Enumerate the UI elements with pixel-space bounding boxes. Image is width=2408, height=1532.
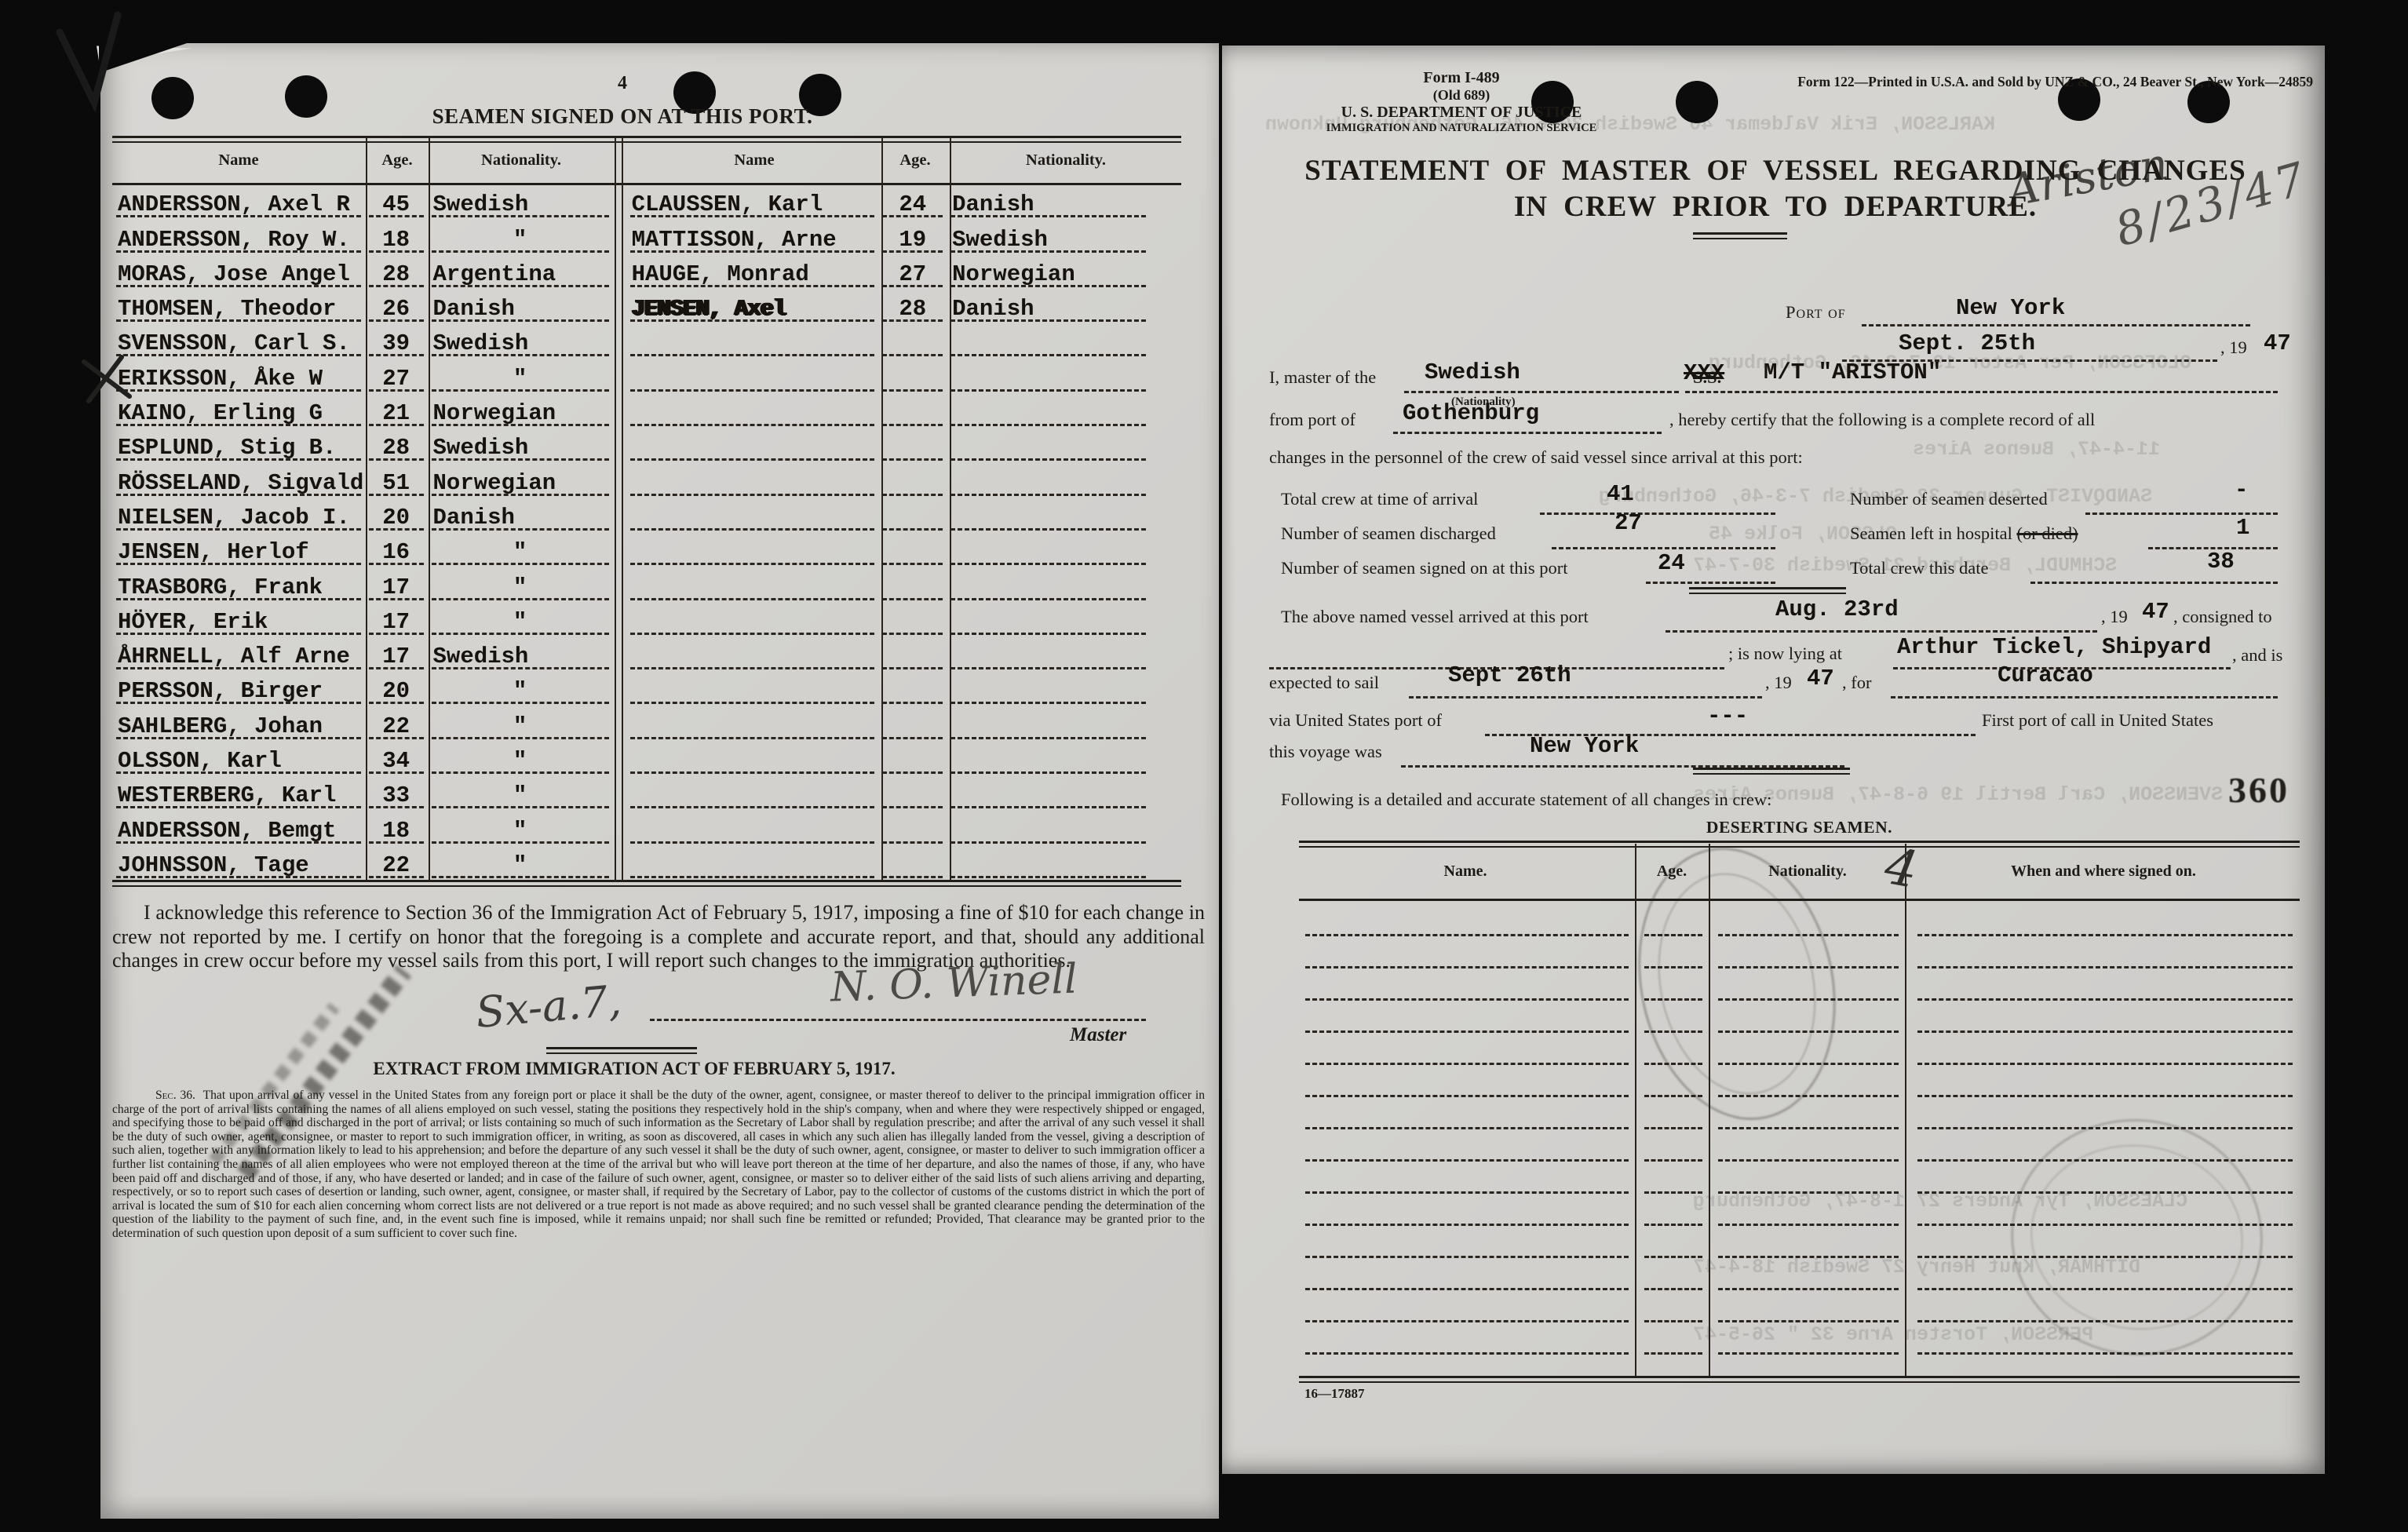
port-of-value: New York	[1956, 295, 2065, 321]
crew-cell-divider	[613, 431, 626, 465]
deserted-label: Number of seamen deserted	[1850, 489, 2048, 509]
crew-cell-ar	[878, 465, 947, 500]
crew-cell-nl: JOHNSSON, Tage	[112, 848, 365, 883]
row-dashed-line	[116, 389, 361, 392]
crew-cell-divider	[613, 640, 626, 674]
arrived-line	[1666, 630, 2097, 633]
vessel-nationality: Swedish	[1425, 359, 1520, 385]
crew-cell-value: Argentina	[433, 263, 556, 286]
crew-cell-value: "	[428, 819, 613, 842]
crew-cell-value: 26	[365, 297, 428, 320]
row-dashed-line	[116, 458, 361, 461]
arrival-value: 41	[1607, 481, 1634, 507]
crew-cell-nl: TRASBORG, Frank	[112, 570, 365, 604]
form-id-block: Form I-489 (Old 689) U. S. DEPARTMENT OF…	[1316, 69, 1607, 134]
crew-row: OLSSON, Karl34"	[112, 744, 1181, 779]
row-dashed-line	[882, 876, 943, 878]
crew-cell-tr	[947, 709, 1181, 743]
crew-cell-tr	[947, 431, 1181, 465]
consigned-label: , consigned to	[2173, 607, 2272, 627]
crew-cell-divider	[613, 501, 626, 535]
crew-cell-value: MATTISSON, Arne	[632, 228, 837, 251]
crew-cell-value: WESTERBERG, Karl	[118, 784, 336, 807]
scanned-document: 4 SEAMEN SIGNED ON AT THIS PORT. Name Ag…	[0, 0, 2408, 1532]
crew-cell-nl: ESPLUND, Stig B.	[112, 431, 365, 465]
crew-cell-value: 18	[365, 819, 428, 842]
crew-cell-value: 22	[365, 854, 428, 877]
row-dashed-line	[950, 702, 1146, 704]
crew-cell-divider	[613, 813, 626, 848]
crew-cell-value: 24	[878, 193, 947, 216]
discharged-line	[1552, 547, 1775, 549]
crew-row: ANDERSSON, Roy W.18"MATTISSON, Arne19Swe…	[112, 222, 1181, 257]
row-dashed-line	[369, 806, 424, 808]
crew-table-rows: ANDERSSON, Axel R45SwedishCLAUSSEN, Karl…	[112, 188, 1181, 883]
crew-cell-al: 22	[365, 848, 428, 883]
row-dashed-line	[369, 354, 424, 356]
crew-cell-value: ESPLUND, Stig B.	[118, 436, 336, 459]
total-crew-value: 38	[2207, 549, 2235, 574]
row-dashed-line	[950, 771, 1146, 774]
crew-cell-value: 39	[365, 332, 428, 355]
row-dashed-line	[630, 215, 875, 217]
crew-cell-value: Norwegian	[433, 472, 556, 494]
row-dashed-line	[369, 494, 424, 496]
crew-cell-divider	[613, 674, 626, 709]
row-dashed-line	[950, 424, 1146, 426]
row-dashed-line	[882, 806, 943, 808]
crew-cell-al: 34	[365, 744, 428, 779]
row-dashed-line	[950, 354, 1146, 356]
row-dashed-line	[369, 250, 424, 253]
crew-cell-value: Swedish	[433, 645, 529, 668]
crew-cell-nr	[626, 813, 879, 848]
crew-cell-tr	[947, 674, 1181, 709]
crew-cell-nl: ANDERSSON, Roy W.	[112, 222, 365, 257]
title-underline	[1693, 232, 1787, 239]
crew-row: ANDERSSON, Bemgt18"	[112, 813, 1181, 848]
crew-cell-ar	[878, 361, 947, 396]
crew-cell-nr	[626, 779, 879, 813]
crew-cell-tr	[947, 605, 1181, 640]
row-dashed-line	[630, 319, 875, 322]
crew-cell-nr: JENSEN, Axel	[626, 292, 879, 326]
row-dashed-line	[432, 598, 609, 600]
row-dashed-line	[882, 563, 943, 565]
x-mark-icon	[81, 356, 136, 403]
crew-cell-al: 28	[365, 431, 428, 465]
crew-cell-tl: "	[428, 361, 613, 396]
crew-cell-value: 27	[878, 263, 947, 286]
crew-cell-nr	[626, 570, 879, 604]
section-divider-rule	[1689, 587, 1846, 594]
vessel-name: M/T "ARISTON"	[1764, 359, 1941, 385]
row-dashed-line	[432, 319, 609, 322]
row-dashed-line	[950, 285, 1146, 287]
crew-cell-value: SVENSSON, Carl S.	[118, 332, 350, 355]
crew-cell-tl: "	[428, 535, 613, 570]
row-dashed-line	[116, 494, 361, 496]
master-signature: N. O. Winell	[830, 956, 1078, 1012]
crew-cell-tl: Swedish	[428, 326, 613, 361]
crew-cell-nr	[626, 465, 879, 500]
circular-stamp-inner	[2019, 1131, 2255, 1343]
row-dashed-line	[369, 598, 424, 600]
crew-cell-al: 17	[365, 605, 428, 640]
crew-cell-tr: Danish	[947, 188, 1181, 222]
row-dashed-line	[950, 598, 1146, 600]
row-dashed-line	[950, 389, 1146, 392]
row-dashed-line	[950, 806, 1146, 808]
crew-row: JOHNSSON, Tage22"	[112, 848, 1181, 883]
row-dashed-line	[882, 494, 943, 496]
row-dashed-line	[369, 319, 424, 322]
crew-cell-value: 17	[365, 645, 428, 668]
row-dashed-line	[116, 667, 361, 669]
crew-cell-tl: Argentina	[428, 257, 613, 292]
crew-cell-value: "	[428, 784, 613, 807]
crew-cell-ar: 19	[878, 222, 947, 257]
crew-cell-ar	[878, 326, 947, 361]
crew-cell-nr: CLAUSSEN, Karl	[626, 188, 879, 222]
crew-cell-tr	[947, 535, 1181, 570]
struck-typed-x: XXX	[1684, 360, 1724, 386]
crew-cell-al: 20	[365, 674, 428, 709]
crew-row: RÖSSELAND, Sigvald51Norwegian	[112, 465, 1181, 500]
row-dashed-line	[630, 494, 875, 496]
crew-cell-value: ANDERSSON, Bemgt	[118, 819, 336, 842]
hospital-label: Seamen left in hospital (or died)	[1850, 523, 2078, 544]
discharged-value: 27	[1614, 510, 1642, 536]
crew-cell-value: Danish	[952, 193, 1034, 216]
crew-cell-value: "	[428, 680, 613, 702]
crew-cell-nl: OLSSON, Karl	[112, 744, 365, 779]
sail-value: Sept 26th	[1448, 662, 1571, 688]
row-dashed-line	[116, 702, 361, 704]
row-dashed-line	[116, 633, 361, 635]
row-dashed-line	[116, 806, 361, 808]
row-dashed-line	[369, 458, 424, 461]
crew-cell-nl: MORAS, Jose Angel	[112, 257, 365, 292]
crew-row: KAINO, Erling G21Norwegian	[112, 396, 1181, 431]
row-dashed-line	[369, 667, 424, 669]
sail-dest-value: Curacao	[1998, 662, 2093, 688]
crew-cell-ar	[878, 709, 947, 743]
crew-cell-nr	[626, 674, 879, 709]
row-dashed-line	[116, 528, 361, 531]
crew-cell-al: 39	[365, 326, 428, 361]
crew-row: WESTERBERG, Karl33"	[112, 779, 1181, 813]
row-dashed-line	[369, 876, 424, 878]
crew-cell-nl: PERSSON, Birger	[112, 674, 365, 709]
crew-cell-value: 22	[365, 715, 428, 738]
section-divider-rule	[1693, 768, 1850, 775]
crew-cell-nl: NIELSEN, Jacob I.	[112, 501, 365, 535]
crew-cell-nr	[626, 640, 879, 674]
crew-row: ESPLUND, Stig B.28Swedish	[112, 431, 1181, 465]
row-dashed-line	[882, 285, 943, 287]
crew-cell-ar	[878, 535, 947, 570]
column-header-name: Name	[218, 151, 258, 170]
crew-cell-ar	[878, 640, 947, 674]
row-dashed-line	[882, 250, 943, 253]
crew-cell-value: ERIKSSON, Åke W	[118, 367, 323, 390]
following-text: Following is a detailed and accurate sta…	[1281, 790, 1771, 810]
row-dashed-line	[630, 250, 875, 253]
crew-cell-divider	[613, 326, 626, 361]
crew-cell-tl: Norwegian	[428, 465, 613, 500]
crew-cell-tr: Swedish	[947, 222, 1181, 257]
vessel-line	[1685, 391, 2278, 393]
crew-cell-tr: Norwegian	[947, 257, 1181, 292]
row-dashed-line	[630, 633, 875, 635]
row-dashed-line	[950, 667, 1146, 669]
arrival-label: Total crew at time of arrival	[1281, 489, 1478, 509]
row-dashed-line	[882, 598, 943, 600]
crew-cell-value: JENSEN, Axel	[632, 297, 786, 320]
row-dashed-line	[432, 354, 609, 356]
crew-cell-value: 28	[365, 436, 428, 459]
row-dashed-line	[950, 528, 1146, 531]
crew-cell-value: HÖYER, Erik	[118, 611, 268, 633]
sail-year-value: 47	[1807, 666, 1834, 691]
crew-row: NIELSEN, Jacob I.20Danish	[112, 501, 1181, 535]
arrived-value: Aug. 23rd	[1775, 596, 1899, 622]
row-dashed-line	[630, 598, 875, 600]
crew-cell-al: 21	[365, 396, 428, 431]
row-dashed-line	[630, 841, 875, 844]
hospital-label-text: Seamen left in hospital	[1850, 523, 2016, 543]
crew-cell-value: Danish	[433, 506, 515, 529]
crew-cell-nr	[626, 326, 879, 361]
row-dashed-line	[116, 319, 361, 322]
row-dashed-line	[630, 702, 875, 704]
row-dashed-line	[950, 319, 1146, 322]
crew-cell-tr	[947, 744, 1181, 779]
crew-cell-tr: Danish	[947, 292, 1181, 326]
row-dashed-line	[432, 424, 609, 426]
certify-text2: changes in the personnel of the crew of …	[1269, 447, 1803, 468]
row-dashed-line	[950, 215, 1146, 217]
crew-cell-al: 16	[365, 535, 428, 570]
voyage-label: this voyage was	[1269, 742, 1382, 762]
crew-cell-nr	[626, 709, 879, 743]
crew-cell-tl: "	[428, 744, 613, 779]
crew-cell-divider	[613, 848, 626, 883]
certify-text: , hereby certify that the following is a…	[1669, 410, 2095, 430]
crew-cell-al: 17	[365, 570, 428, 604]
table-top-rule	[1299, 841, 2300, 848]
crew-cell-divider	[613, 361, 626, 396]
crew-cell-ar: 28	[878, 292, 947, 326]
bleedthrough-text: SVENSSON, Carl Bertil 19 6-8-47, Buenos …	[1693, 783, 2223, 806]
crew-cell-nl: SVENSSON, Carl S.	[112, 326, 365, 361]
crew-cell-value: PERSSON, Birger	[118, 680, 323, 702]
crew-cell-tr	[947, 326, 1181, 361]
crew-cell-divider	[613, 709, 626, 743]
row-dashed-line	[950, 876, 1146, 878]
crew-cell-value: "	[428, 228, 613, 251]
discharged-label: Number of seamen discharged	[1281, 523, 1496, 544]
row-dashed-line	[882, 667, 943, 669]
crew-cell-tr	[947, 813, 1181, 848]
row-dashed-line	[116, 876, 361, 878]
row-dashed-line	[882, 319, 943, 322]
crew-cell-tr	[947, 361, 1181, 396]
crew-cell-value: 19	[878, 228, 947, 251]
sec36-label: Sec. 36.	[112, 1089, 195, 1102]
crew-cell-value: 28	[365, 263, 428, 286]
crew-cell-nr: HAUGE, Monrad	[626, 257, 879, 292]
crew-cell-tr	[947, 396, 1181, 431]
row-dashed-line	[116, 598, 361, 600]
row-dashed-line	[630, 806, 875, 808]
column-header-age: Age.	[381, 151, 412, 170]
crew-cell-nr	[626, 535, 879, 570]
column-header-name: Name	[734, 151, 774, 170]
crew-cell-value: TRASBORG, Frank	[118, 576, 323, 599]
row-dashed-line	[116, 424, 361, 426]
crew-cell-value: Norwegian	[952, 263, 1075, 286]
signed-on-value: 24	[1658, 550, 1685, 576]
form-title-line1: STATEMENT OF MASTER OF VESSEL REGARDING …	[1269, 154, 2282, 188]
page-title: SEAMEN SIGNED ON AT THIS PORT.	[112, 104, 1133, 129]
right-page: KARLSSON, Erik Valdemar 40 Swedish 30-6-…	[1222, 46, 2325, 1474]
bleedthrough-text: 11-4-47, Buenos Aires	[1913, 438, 2160, 461]
via-suffix: First port of call in United States	[1982, 710, 2213, 731]
crew-cell-value: "	[428, 611, 613, 633]
crew-cell-divider	[613, 257, 626, 292]
crew-cell-tl: Swedish	[428, 431, 613, 465]
row-dashed-line	[882, 702, 943, 704]
row-dashed-line	[432, 771, 609, 774]
crew-row: ANDERSSON, Axel R45SwedishCLAUSSEN, Karl…	[112, 188, 1181, 222]
crew-row: THOMSEN, Theodor26DanishJENSEN, Axel28Da…	[112, 292, 1181, 326]
table-top-rule	[112, 136, 1181, 143]
row-dashed-line	[630, 285, 875, 287]
crew-cell-tr	[947, 779, 1181, 813]
crew-cell-value: Swedish	[433, 332, 529, 355]
row-dashed-line	[882, 633, 943, 635]
column-header-name: Name.	[1444, 863, 1487, 881]
row-dashed-line	[432, 633, 609, 635]
lying-suffix: , and is	[2232, 645, 2282, 666]
crew-cell-tl: Danish	[428, 292, 613, 326]
hospital-value: 1	[2236, 515, 2249, 541]
row-dashed-line	[432, 737, 609, 739]
crew-cell-al: 28	[365, 257, 428, 292]
row-dashed-line	[1718, 1352, 1899, 1355]
crew-cell-ar	[878, 396, 947, 431]
crew-cell-value: ANDERSSON, Roy W.	[118, 228, 350, 251]
footer-code: 16—17887	[1304, 1386, 1365, 1402]
crew-cell-tr	[947, 640, 1181, 674]
nationality-line	[1404, 391, 1679, 393]
row-dashed-line	[630, 389, 875, 392]
crew-cell-tl: "	[428, 674, 613, 709]
signed-on-label: Number of seamen signed on at this port	[1281, 558, 1568, 578]
crew-cell-nl: ANDERSSON, Bemgt	[112, 813, 365, 848]
crew-cell-value: 18	[365, 228, 428, 251]
crew-cell-al: 26	[365, 292, 428, 326]
crew-cell-al: 33	[365, 779, 428, 813]
crew-row: MORAS, Jose Angel28ArgentinaHAUGE, Monra…	[112, 257, 1181, 292]
crew-row: HÖYER, Erik17"	[112, 605, 1181, 640]
crew-cell-value: "	[428, 750, 613, 772]
crew-cell-divider	[613, 396, 626, 431]
crew-cell-value: THOMSEN, Theodor	[118, 297, 336, 320]
crew-cell-value: 27	[365, 367, 428, 390]
year-value: 47	[2264, 330, 2291, 356]
row-dashed-line	[950, 633, 1146, 635]
crew-cell-nl: KAINO, Erling G	[112, 396, 365, 431]
row-dashed-line	[432, 806, 609, 808]
service-name: IMMIGRATION AND NATURALIZATION SERVICE	[1316, 122, 1607, 135]
row-dashed-line	[630, 563, 875, 565]
row-dashed-line	[369, 389, 424, 392]
row-dashed-line	[882, 528, 943, 531]
stamp-number: 360	[2228, 769, 2289, 811]
sail-for-label: , for	[1842, 673, 1872, 693]
crew-cell-al: 17	[365, 640, 428, 674]
crew-cell-ar: 24	[878, 188, 947, 222]
row-dashed-line	[432, 285, 609, 287]
crew-cell-value: 21	[365, 402, 428, 425]
crew-cell-divider	[613, 605, 626, 640]
from-port-line	[1393, 432, 1662, 434]
row-dashed-line	[630, 737, 875, 739]
row-dashed-line	[369, 424, 424, 426]
section-divider-rule	[546, 1047, 697, 1054]
row-dashed-line	[630, 667, 875, 669]
lying-label: ; is now lying at	[1728, 644, 1842, 664]
port-of-line	[1862, 324, 2250, 326]
row-dashed-line	[432, 667, 609, 669]
crew-cell-al: 51	[365, 465, 428, 500]
deserting-heading: DESERTING SEAMEN.	[1299, 818, 2300, 837]
crew-cell-tr	[947, 570, 1181, 604]
row-dashed-line	[432, 494, 609, 496]
crew-cell-tl: "	[428, 222, 613, 257]
column-header-nationality: Nationality.	[481, 151, 561, 170]
crew-row: TRASBORG, Frank17"	[112, 570, 1181, 604]
crew-cell-nl: THOMSEN, Theodor	[112, 292, 365, 326]
total-crew-line	[2030, 582, 2278, 584]
row-dashed-line	[432, 841, 609, 844]
crew-cell-value: CLAUSSEN, Karl	[632, 193, 823, 216]
crew-cell-value: Swedish	[952, 228, 1048, 251]
hospital-label-struck: (or died)	[2016, 523, 2078, 543]
sail-label: expected to sail	[1269, 673, 1379, 693]
signed-on-line	[1646, 582, 1775, 584]
row-dashed-line	[116, 563, 361, 565]
crew-cell-ar	[878, 813, 947, 848]
row-dashed-line	[950, 563, 1146, 565]
crew-cell-tr	[947, 848, 1181, 883]
crew-cell-divider	[613, 292, 626, 326]
crew-cell-tl: Swedish	[428, 188, 613, 222]
crew-cell-divider	[613, 570, 626, 604]
printer-imprint: Form 122—Printed in U.S.A. and Sold by U…	[1693, 74, 2313, 90]
from-port-value: Gothenburg	[1403, 400, 1539, 426]
row-dashed-line	[369, 563, 424, 565]
sail-year-prefix: , 19	[1765, 673, 1792, 693]
row-dashed-line	[630, 876, 875, 878]
row-dashed-line	[882, 389, 943, 392]
crew-cell-value: 34	[365, 750, 428, 772]
crew-cell-divider	[613, 222, 626, 257]
crew-cell-value: 17	[365, 576, 428, 599]
